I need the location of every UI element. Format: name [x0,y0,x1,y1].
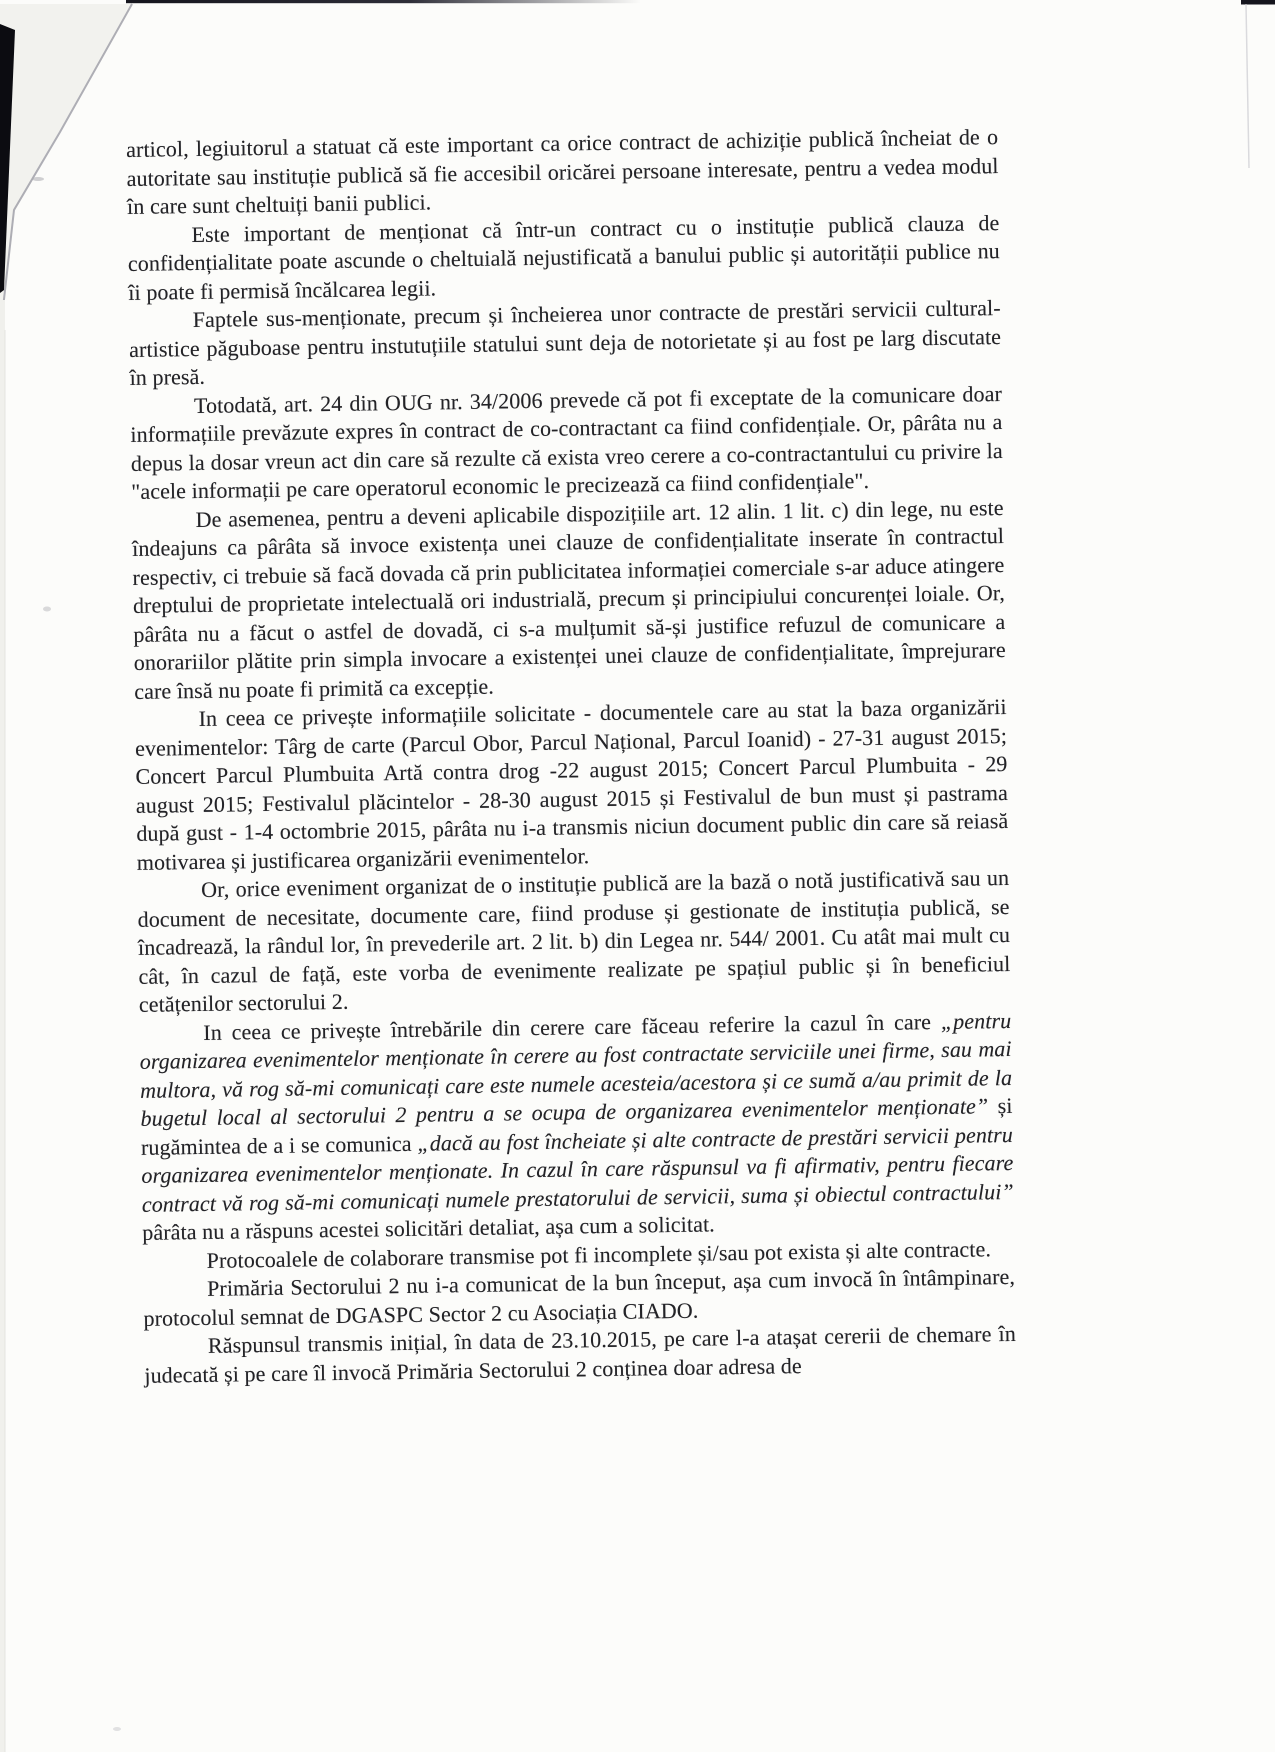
text-segment: Faptele sus-menționate, precum și închei… [129,295,1001,390]
text-segment: Totodată, art. 24 din OUG nr. 34/2006 pr… [130,381,1003,504]
paragraph: Răspunsul transmis inițial, în data de 2… [144,1320,1017,1390]
scan-speck [32,177,44,181]
paragraph: Faptele sus-menționate, precum și închei… [129,294,1002,392]
document-text: articol, legiuitorul a statuat că este i… [126,123,1017,1390]
page-fold-edge [0,4,132,335]
scan-speck [113,1727,121,1731]
scanned-page: articol, legiuitorul a statuat că este i… [0,0,1275,1752]
text-segment: articol, legiuitorul a statuat că este i… [126,124,999,219]
paragraph: In ceea ce privește informațiile solicit… [134,693,1008,877]
text-segment: Primăria Sectorului 2 nu i-a comunicat d… [143,1264,1015,1330]
paragraph: Este important de menționat că într-un c… [127,209,1000,307]
paragraph: De asemenea, pentru a deveni aplicabile … [131,494,1006,706]
text-segment: Este important de menționat că într-un c… [128,210,1000,305]
scanner-dark-mark-top-right [1241,0,1275,5]
paragraph: Totodată, art. 24 din OUG nr. 34/2006 pr… [130,380,1004,507]
scanner-dark-line-top [126,0,641,3]
paragraph: Or, orice eveniment organizat de o insti… [137,864,1011,1019]
paragraph: In ceea ce privește întrebările din cere… [139,1006,1014,1247]
scanner-dark-strip-left [0,24,15,293]
paragraph: articol, legiuitorul a statuat că este i… [126,123,999,221]
scan-speck [43,607,51,612]
underlay-sheet-corner [0,4,132,335]
text-segment: In ceea ce privește informațiile solicit… [135,694,1009,874]
page-left-edge-shading [0,300,5,1752]
text-segment: Or, orice eveniment organizat de o insti… [137,865,1010,1017]
text-segment: De asemenea, pentru a deveni aplicabile … [132,495,1006,704]
page-edge-right-faint [1246,4,1249,168]
text-segment: Răspunsul transmis inițial, în data de 2… [144,1321,1016,1387]
